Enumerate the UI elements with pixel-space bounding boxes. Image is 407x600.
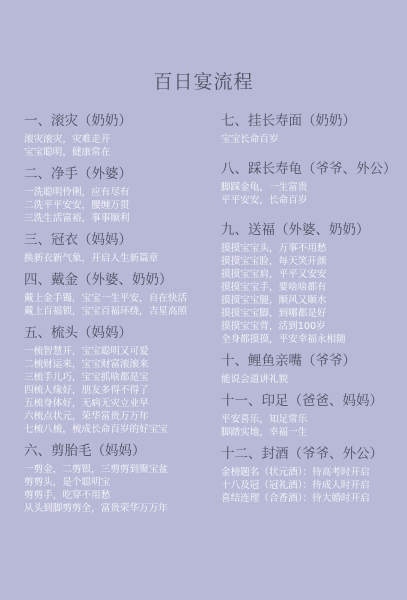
step-line: 脚踩金龟，一生富贵 bbox=[221, 181, 401, 194]
left-column: 一、滚灾（奶奶）滚灾滚灾，灾难走开宝宝聪明，健康常在二、净手（外婆）一洗聪明伶俐… bbox=[24, 112, 216, 521]
step-line: 四梳人缘好，朋友多得不得了 bbox=[24, 384, 216, 397]
step-line: 金榜题名（状元酒）：待高考时开启 bbox=[221, 466, 401, 479]
step-line: 戴上金手镯，宝宝一生平安，自在快活 bbox=[24, 292, 216, 305]
step-heading: 二、净手（外婆） bbox=[24, 165, 216, 183]
ceremony-step: 三、冠衣（妈妈）换新衣新气象，开启人生新篇章 bbox=[24, 231, 216, 265]
step-line: 剪剪手，吃穿不用愁 bbox=[24, 489, 216, 502]
ceremony-step: 一、滚灾（奶奶）滚灾滚灾，灾难走开宝宝聪明，健康常在 bbox=[24, 112, 216, 159]
step-heading: 七、挂长寿面（奶奶） bbox=[221, 112, 401, 130]
step-line: 换新衣新气象，开启人生新篇章 bbox=[24, 252, 216, 265]
step-line: 三洗生活富裕，事事顺利 bbox=[24, 212, 216, 225]
ceremony-step: 四、戴金（外婆、奶奶）戴上金手镯，宝宝一生平安，自在快活戴上百福锁，宝宝百福环绕… bbox=[24, 271, 216, 318]
step-line: 三梳手儿巧，宝宝抓啥都是宝 bbox=[24, 371, 216, 384]
step-line: 全身都摸摸，平安幸福永相随 bbox=[221, 333, 401, 346]
step-heading: 十一、印足（爸爸、妈妈） bbox=[221, 392, 401, 410]
step-heading: 一、滚灾（奶奶） bbox=[24, 112, 216, 130]
ceremony-step: 二、净手（外婆）一洗聪明伶俐，应有尽有二洗平平安安，腰缠万贯三洗生活富裕，事事顺… bbox=[24, 165, 216, 225]
step-heading: 十二、封酒（爷爷、外公） bbox=[221, 445, 401, 463]
step-line: 十八及冠（冠礼酒）：待成人时开启 bbox=[221, 479, 401, 492]
step-line: 平安喜乐，知足常乐 bbox=[221, 413, 401, 426]
step-line: 摸摸宝宝脚，到哪都是好 bbox=[221, 307, 401, 320]
step-line: 摸摸宝宝腿，顺风又顺水 bbox=[221, 294, 401, 307]
step-line: 摸摸宝宝脸，每天笑开颜 bbox=[221, 255, 401, 268]
step-line: 一洗聪明伶俐，应有尽有 bbox=[24, 186, 216, 199]
step-line: 能说会道讲礼貌 bbox=[221, 373, 401, 386]
step-line: 喜结连理（合香酒）：待大婚时开启 bbox=[221, 492, 401, 505]
ceremony-step: 五、梳头（妈妈）一梳智慧开，宝宝聪明又可爱二梳财运来，宝宝财富滚滚来三梳手儿巧，… bbox=[24, 324, 216, 436]
step-line: 滚灾滚灾，灾难走开 bbox=[24, 133, 216, 146]
step-heading: 四、戴金（外婆、奶奶） bbox=[24, 271, 216, 289]
step-line: 一剪金，二剪银，三剪剪到聚宝盆 bbox=[24, 463, 216, 476]
right-column: 七、挂长寿面（奶奶）宝宝长命百岁八、踩长寿龟（爷爷、外公）脚踩金龟，一生富贵平平… bbox=[221, 112, 401, 511]
step-line: 摸摸宝宝背，活到100岁 bbox=[221, 320, 401, 333]
ceremony-step: 十二、封酒（爷爷、外公）金榜题名（状元酒）：待高考时开启十八及冠（冠礼酒）：待成… bbox=[221, 445, 401, 505]
ceremony-step: 六、剪胎毛（妈妈）一剪金，二剪银，三剪剪到聚宝盆剪剪头，是个聪明宝剪剪手，吃穿不… bbox=[24, 442, 216, 515]
step-line: 一梳智慧开，宝宝聪明又可爱 bbox=[24, 345, 216, 358]
ceremony-step: 八、踩长寿龟（爷爷、外公）脚踩金龟，一生富贵平平安安，长命百岁 bbox=[221, 160, 401, 207]
step-line: 五梳身体好，无病无灾立业早 bbox=[24, 397, 216, 410]
step-heading: 三、冠衣（妈妈） bbox=[24, 231, 216, 249]
ceremony-step: 七、挂长寿面（奶奶）宝宝长命百岁 bbox=[221, 112, 401, 146]
page-title: 百日宴流程 bbox=[0, 67, 407, 94]
step-line: 宝宝长命百岁 bbox=[221, 133, 401, 146]
step-line: 宝宝聪明，健康常在 bbox=[24, 146, 216, 159]
step-line: 剪剪头，是个聪明宝 bbox=[24, 476, 216, 489]
step-heading: 八、踩长寿龟（爷爷、外公） bbox=[221, 160, 401, 178]
step-line: 平平安安，长命百岁 bbox=[221, 194, 401, 207]
step-line: 二梳财运来，宝宝财富滚滚来 bbox=[24, 358, 216, 371]
step-line: 七梳八梳，梳成长命百岁的好宝宝 bbox=[24, 423, 216, 436]
step-line: 摸摸宝宝肩，平平又安安 bbox=[221, 268, 401, 281]
step-heading: 十、鲤鱼亲嘴（爷爷） bbox=[221, 352, 401, 370]
step-line: 二洗平平安安，腰缠万贯 bbox=[24, 199, 216, 212]
step-line: 戴上百福锁，宝宝百福环绕，吉星高照 bbox=[24, 305, 216, 318]
step-line: 六梳点状元，荣华富贵万万年 bbox=[24, 410, 216, 423]
step-heading: 五、梳头（妈妈） bbox=[24, 324, 216, 342]
step-line: 从头到脚剪剪全，富贵荣华万万年 bbox=[24, 502, 216, 515]
step-line: 摸摸宝宝头，万事不用愁 bbox=[221, 242, 401, 255]
step-line: 脚踏实地，幸福一生 bbox=[221, 426, 401, 439]
ceremony-step: 十一、印足（爸爸、妈妈）平安喜乐，知足常乐脚踏实地，幸福一生 bbox=[221, 392, 401, 439]
ceremony-step: 十、鲤鱼亲嘴（爷爷）能说会道讲礼貌 bbox=[221, 352, 401, 386]
step-heading: 六、剪胎毛（妈妈） bbox=[24, 442, 216, 460]
step-line: 摸摸宝宝手，要啥啥都有 bbox=[221, 281, 401, 294]
ceremony-step: 九、送福（外婆、奶奶）摸摸宝宝头，万事不用愁摸摸宝宝脸，每天笑开颜摸摸宝宝肩，平… bbox=[221, 221, 401, 346]
step-heading: 九、送福（外婆、奶奶） bbox=[221, 221, 401, 239]
